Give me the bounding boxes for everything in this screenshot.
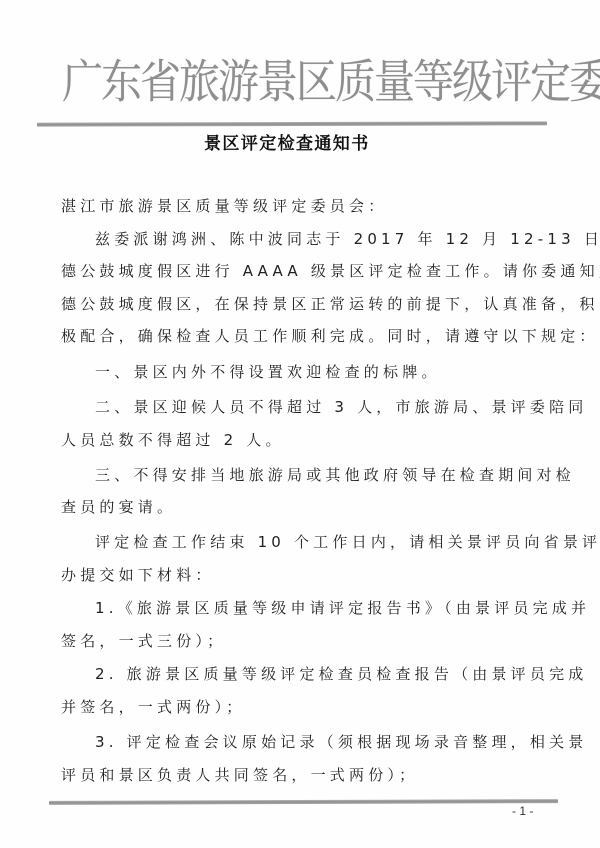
material-item-2: 2. 旅游景区质量等级评定检查员检查报告（由景评员完成	[95, 665, 587, 683]
document-title: 景区评定检查通知书	[204, 133, 376, 155]
rule-item-3: 三、不得安排当地旅游局或其他政府领导在检查期间对检	[95, 466, 575, 484]
rule-item-2: 二、景区迎候人员不得超过 3 人，市旅游局、景评委陪同	[95, 398, 587, 416]
body-line: 德公鼓城度假区，在保持景区正常运转的前提下，认真准备，积	[61, 295, 599, 313]
rule-item-1: 一、景区内外不得设置欢迎检查的标牌。	[95, 363, 441, 381]
material-item-3: 3. 评定检查会议原始记录（须根据现场录音整理，相关景	[95, 733, 587, 751]
letterhead-divider	[37, 121, 547, 126]
letterhead-title: 广东省旅游景区质量等级评定委员会	[62, 53, 538, 111]
body-line: 兹委派谢鸿洲、陈中波同志于 2017 年 12 月 12-13 日对茂	[95, 230, 600, 248]
material-item-1: 1.《旅游景区质量等级申请评定报告书》（由景评员完成并	[95, 599, 590, 617]
materials-intro-cont: 办提交如下材料：	[61, 566, 215, 584]
salutation-line: 湛江市旅游景区质量等级评定委员会：	[61, 197, 387, 215]
footer-divider	[49, 799, 558, 805]
body-line: 德公鼓城度假区进行 AAAA 级景区评定检查工作。请你委通知茂	[61, 262, 600, 280]
material-item-2-cont: 并签名，一式两份）；	[61, 698, 246, 716]
materials-intro: 评定检查工作结束 10 个工作日内，请相关景评员向省景评	[95, 533, 600, 551]
page-number: - 1 -	[512, 804, 533, 818]
rule-item-2-cont: 人员总数不得超过 2 人。	[61, 431, 285, 449]
rule-item-3-cont: 查员的宴请。	[61, 498, 176, 516]
body-line: 极配合，确保检查人员工作顺利完成。同时，请遵守以下规定：	[61, 327, 599, 345]
material-item-3-cont: 评员和景区负责人共同签名，一式两份）；	[61, 766, 418, 784]
material-item-1-cont: 签名，一式三份）；	[61, 632, 226, 650]
document-page: 广东省旅游景区质量等级评定委员会 景区评定检查通知书 湛江市旅游景区质量等级评定…	[0, 0, 600, 848]
